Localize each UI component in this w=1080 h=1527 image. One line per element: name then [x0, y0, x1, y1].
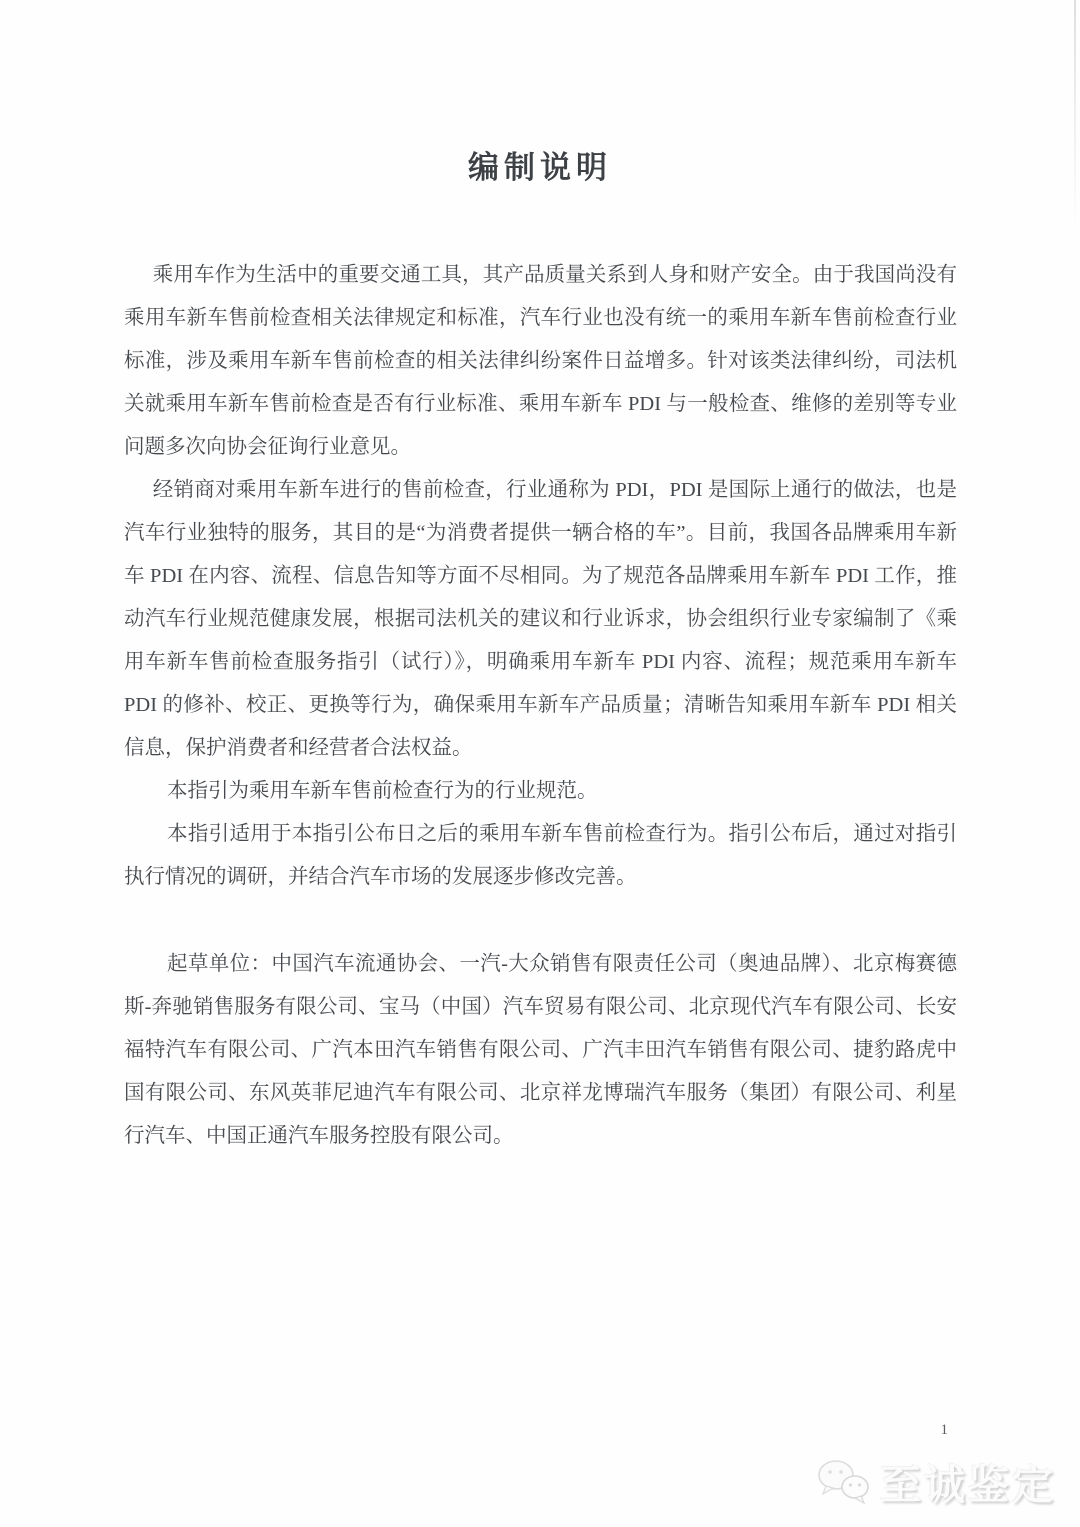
- paragraph-intro: 乘用车作为生活中的重要交通工具，其产品质量关系到人身和财产安全。由于我国尚没有乘…: [124, 254, 957, 469]
- paragraph-pdi-definition: 经销商对乘用车新车进行的售前检查，行业通称为 PDI，PDI 是国际上通行的做法…: [124, 469, 957, 770]
- wechat-logo-icon: [814, 1457, 872, 1507]
- paragraph-applicability: 本指引适用于本指引公布日之后的乘用车新车售前检查行为。指引公布后，通过对指引执行…: [124, 813, 957, 899]
- watermark-text: 至诚鉴定: [880, 1452, 1056, 1511]
- page-title: 编制说明: [0, 142, 1080, 187]
- document-page: 编制说明 乘用车作为生活中的重要交通工具，其产品质量关系到人身和财产安全。由于我…: [0, 0, 1080, 1527]
- document-body: 乘用车作为生活中的重要交通工具，其产品质量关系到人身和财产安全。由于我国尚没有乘…: [124, 254, 957, 1158]
- paragraph-drafting-units: 起草单位：中国汽车流通协会、一汽-大众销售有限责任公司（奥迪品牌）、北京梅赛德斯…: [124, 943, 957, 1158]
- page-number: 1: [941, 1422, 949, 1439]
- paragraph-scope: 本指引为乘用车新车售前检查行为的行业规范。: [124, 770, 957, 813]
- watermark: 至诚鉴定: [814, 1452, 1056, 1511]
